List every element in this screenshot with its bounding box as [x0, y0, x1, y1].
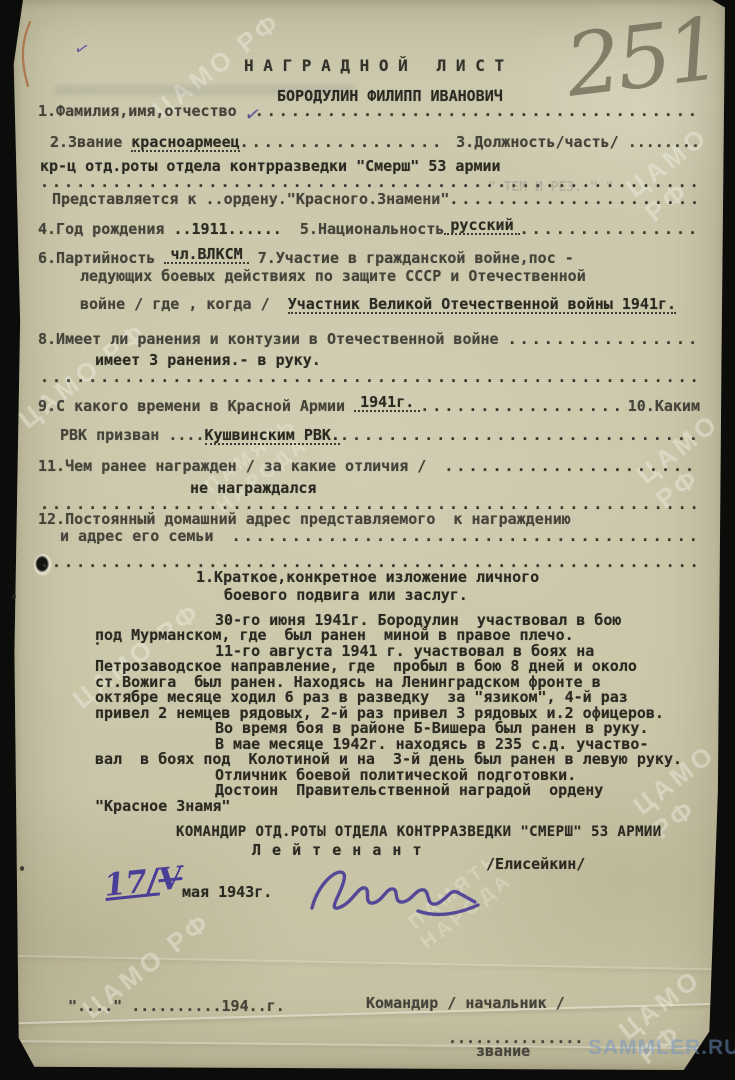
field-8-wounds: 8.Имеет ли ранения и контузии в Отечеств… [38, 331, 700, 347]
field-1-label: 1.Фамилия,имя,отчество [38, 103, 255, 119]
field-8-value: имеет 3 ранения.- в руку. [95, 352, 700, 368]
signature-ink [300, 856, 500, 926]
field-8-label: 8.Имеет ли ранения и контузии в Отечеств… [38, 331, 508, 347]
citation-line: Во время боя в районе Б-Вишера был ранен… [215, 720, 700, 736]
footer-rank-caption: звание [476, 1043, 700, 1059]
field-11-value: не награждался [190, 480, 700, 496]
field-10-label2: РВК призван .... [60, 427, 205, 443]
field-10-value: Кушвинским РВК. [205, 427, 340, 445]
field-7-label-line2: ледующих боевых действиях по защите СССР… [80, 268, 700, 284]
citation-line: Достоин Правительственной наградой орден… [215, 782, 700, 798]
paper-speck [12, 594, 16, 599]
scanned-award-sheet: ЦАМО РФ ЦАМО РФ ЦАМО РФ ЦАМО РФ ЦАМО РФ … [0, 0, 735, 1080]
footer-commander-label: Командир / начальник / [366, 995, 700, 1011]
field-5-value: русский [444, 217, 519, 235]
field-11-awards: 11.Чем ранее награжден / за какие отличи… [38, 458, 700, 474]
section-heading-line1: 1.Краткое,конкретное изложение личного [196, 569, 700, 585]
field-6-7-party-participation: 6.Партийность чл.ВЛКСМ 7.Участие в гражд… [38, 250, 700, 268]
dot-leader-row: ........................................… [40, 174, 700, 190]
field-7-label: 7.Участие в гражданской войне,пос - [249, 250, 574, 266]
field-4-5-birth-nationality: 4.Год рождения ..1911...... 5.Национальн… [38, 221, 700, 239]
field-3-dots: ........ [619, 134, 700, 150]
dot-leader: ........................................… [420, 398, 627, 414]
field-7-value: Участник Великой Отечественной войны 194… [288, 296, 676, 314]
dot-leader: ........................................… [255, 103, 700, 119]
field-6-value: чл.ВЛКСМ [164, 246, 248, 264]
red-pencil-edge-mark [16, 20, 46, 90]
citation-line: Петрозаводское направление, где пробыл в… [95, 658, 700, 674]
field-1-name: 1.Фамилия,имя,отчество .................… [38, 103, 700, 119]
dot-leader: ........................................… [232, 528, 700, 544]
field-9-value: 1941г. [354, 394, 420, 412]
field-11-label: 11.Чем ранее награжден / за какие отличи… [38, 458, 444, 474]
field-7-line3: войне / где , когда / Участник Великой О… [80, 296, 700, 314]
field-4-label: 4.Год рождения [38, 221, 173, 237]
citation-line: октябре месяце ходил 6 раз в разведку за… [95, 689, 700, 705]
dot-leader: ........................................… [508, 331, 700, 347]
handwritten-day: 17/ [102, 863, 160, 904]
commander-surname: /Елисейкин/ [486, 856, 700, 872]
dot-leader: ........................................… [40, 369, 700, 385]
dot-leader: ........................................… [520, 221, 700, 237]
paper-crease [13, 955, 735, 971]
handwritten-month-roman: V [157, 860, 185, 898]
presented-to-text: Представляется к ..ордену."Красного.Знам… [52, 191, 449, 207]
field-2-label: 2.Звание [50, 134, 131, 150]
field-name-value: БОРОДУЛИН ФИЛИПП ИВАНОВИЧ [277, 88, 700, 104]
dot-leader: ........................................… [444, 458, 700, 474]
field-2-3-rank-position: 2.Звание красноармеец ..................… [50, 134, 700, 152]
field-12-label2: и адрес его семьи [60, 528, 232, 544]
dot-leader: ........................................… [340, 427, 700, 443]
citation-line: под Мурманском, где был ранен миной в пр… [95, 627, 700, 643]
field-12-address-line1: 12.Постоянный домашний адрес представляе… [38, 511, 700, 527]
field-10-rvk: РВК призван .... Кушвинским РВК. .......… [60, 427, 700, 445]
field-2-value: красноармеец [131, 134, 239, 152]
citation-line: "Красное Знамя" [95, 798, 700, 814]
section-heading-line2: боевого подвига или заслуг. [224, 587, 700, 603]
field-9-label: 9.С какого времени в Красной Армии [38, 398, 354, 414]
citation-line: вал в боях под Колотиной и на 3-й день б… [95, 751, 700, 767]
field-12-address-line2: и адрес его семьи ......................… [60, 528, 700, 544]
field-7-label-line3: войне / где , когда / [80, 296, 288, 312]
form-title: Н А Г Р А Д Н О Й Л И С Т [244, 58, 700, 74]
field-4-value: ..1911...... [173, 221, 281, 237]
field-3-label: 3.Должность/часть/ [447, 134, 619, 150]
dot-leader: ........................................… [449, 191, 700, 207]
field-presented-to: Представляется к ..ордену."Красного.Знам… [52, 191, 700, 207]
dot-leader: ........................................… [40, 174, 700, 190]
dot-leader: ........................................… [240, 134, 447, 150]
field-9-10-service: 9.С какого времени в Красной Армии 1941г… [38, 398, 700, 416]
paper-speck [20, 866, 24, 871]
dot-leader-row: ........................................… [40, 369, 700, 385]
field-6-label: 6.Партийность [38, 250, 164, 266]
commander-title-line: КОМАНДИР ОТД.РОТЫ ОТДЕЛА КОНТРРАЗВЕДКИ "… [176, 824, 700, 840]
field-5-label: 5.Национальность [282, 221, 445, 237]
field-10-label: 10.Каким [628, 398, 700, 414]
field-3-value: кр-ц отд.роты отдела контрразведки "Смер… [40, 158, 700, 174]
